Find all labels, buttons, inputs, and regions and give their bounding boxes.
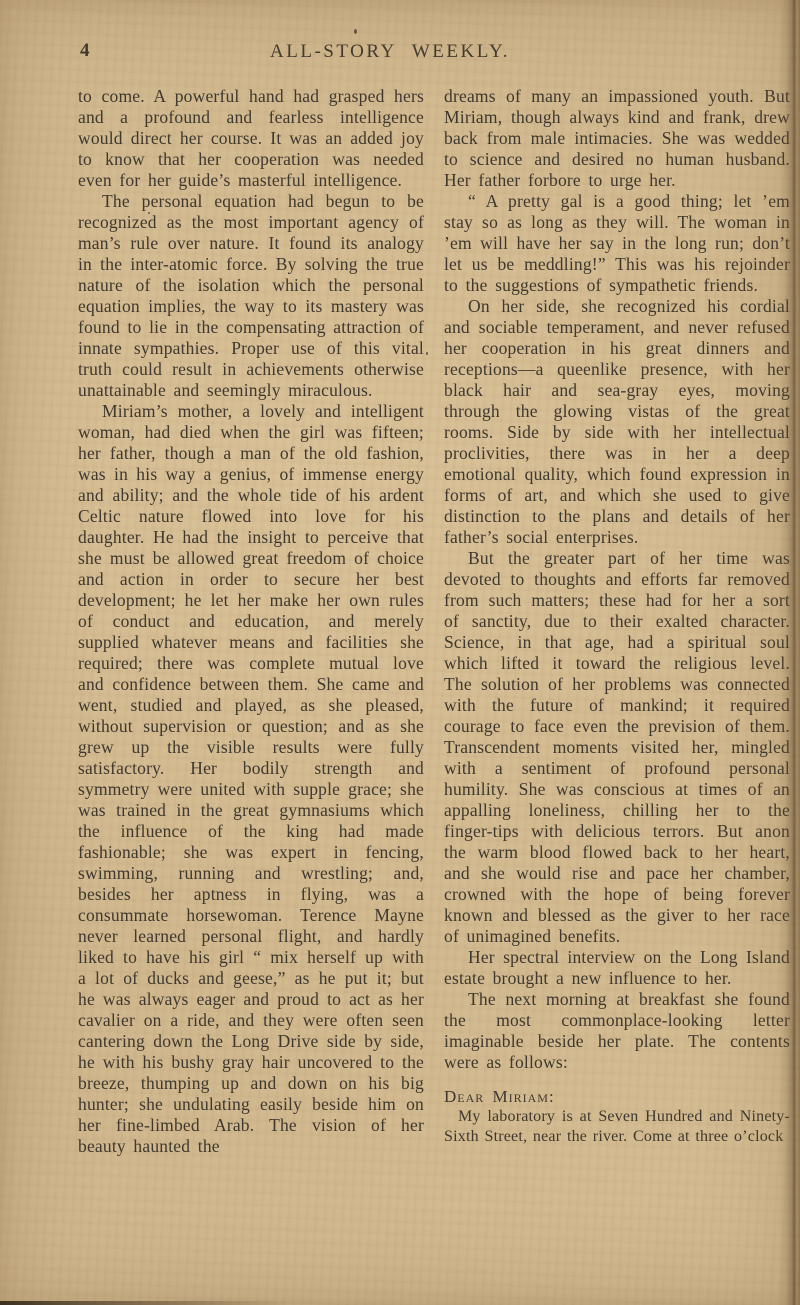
text-columns: to come. A powerful hand had grasped her… <box>78 86 790 1157</box>
right-column: dreams of many an impassioned youth. But… <box>444 86 790 1157</box>
paragraph: On her side, she recognized his cordial … <box>444 296 790 548</box>
paragraph: dreams of many an impassioned youth. But… <box>444 86 790 191</box>
paragraph: Her spectral interview on the Long Islan… <box>444 947 790 989</box>
paragraph: The personal equation had begun to be re… <box>78 191 424 401</box>
left-column: to come. A powerful hand had grasped her… <box>78 86 424 1157</box>
masthead-title: ALL-STORY WEEKLY. <box>78 41 702 63</box>
page-header: 4 ALL-STORY WEEKLY. <box>78 40 790 70</box>
paragraph: The next morning at breakfast she found … <box>444 989 790 1073</box>
paragraph: “ A pretty gal is a good thing; let ’em … <box>444 191 790 296</box>
letter-salutation: Dear Miriam: <box>444 1086 790 1107</box>
letter-body: My laboratory is at Seven Hundred and Ni… <box>444 1107 790 1147</box>
paragraph: Miriam’s mother, a lovely and intelligen… <box>78 401 424 1157</box>
paragraph: But the greater part of her time was dev… <box>444 548 790 947</box>
paragraph: to come. A powerful hand had grasped her… <box>78 86 424 191</box>
